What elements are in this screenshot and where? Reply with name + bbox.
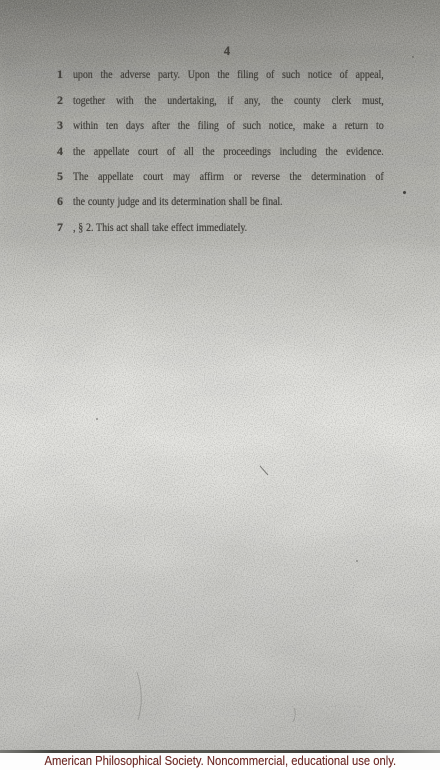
line-text: the appellate court of all the proceedin…: [73, 143, 384, 159]
line-number: 4: [52, 143, 68, 159]
line-text: together with the undertaking, if any, t…: [73, 92, 384, 108]
line-text: within ten days after the filing of such…: [73, 117, 384, 133]
scan-area: 4 1 upon the adverse party. Upon the fil…: [0, 0, 440, 752]
document-page: 4 1 upon the adverse party. Upon the fil…: [0, 0, 440, 770]
text-line: 6 the county judge and its determination…: [0, 193, 440, 209]
line-text: , § 2. This act shall take effect immedi…: [73, 219, 384, 235]
scan-speck: [403, 191, 406, 194]
text-line: 2 together with the undertaking, if any,…: [0, 92, 440, 108]
line-text: the county judge and its determination s…: [73, 193, 384, 209]
attribution-caption: American Philosophical Society. Noncomme…: [44, 753, 396, 770]
scan-speck: [356, 560, 358, 562]
line-number: 7: [52, 219, 68, 235]
page-number: 4: [219, 44, 235, 59]
scan-speck: [412, 56, 414, 58]
text-line: 1 upon the adverse party. Upon the filin…: [0, 66, 440, 82]
text-line: 4 the appellate court of all the proceed…: [0, 143, 440, 159]
line-text: upon the adverse party. Upon the filing …: [73, 66, 384, 82]
scan-speck: [96, 418, 98, 420]
attribution-bar: American Philosophical Society. Noncomme…: [0, 753, 440, 770]
scan-grain-texture: [0, 0, 440, 752]
text-line: 7 , § 2. This act shall take effect imme…: [0, 219, 440, 235]
line-text: The appellate court may affirm or revers…: [73, 168, 384, 184]
scan-vignette: [0, 0, 440, 752]
line-number: 3: [52, 117, 68, 133]
line-number: 6: [52, 193, 68, 209]
text-line: 5 The appellate court may affirm or reve…: [0, 168, 440, 184]
line-number: 5: [52, 168, 68, 184]
line-number: 2: [52, 92, 68, 108]
text-line: 3 within ten days after the filing of su…: [0, 117, 440, 133]
line-number: 1: [52, 66, 68, 82]
